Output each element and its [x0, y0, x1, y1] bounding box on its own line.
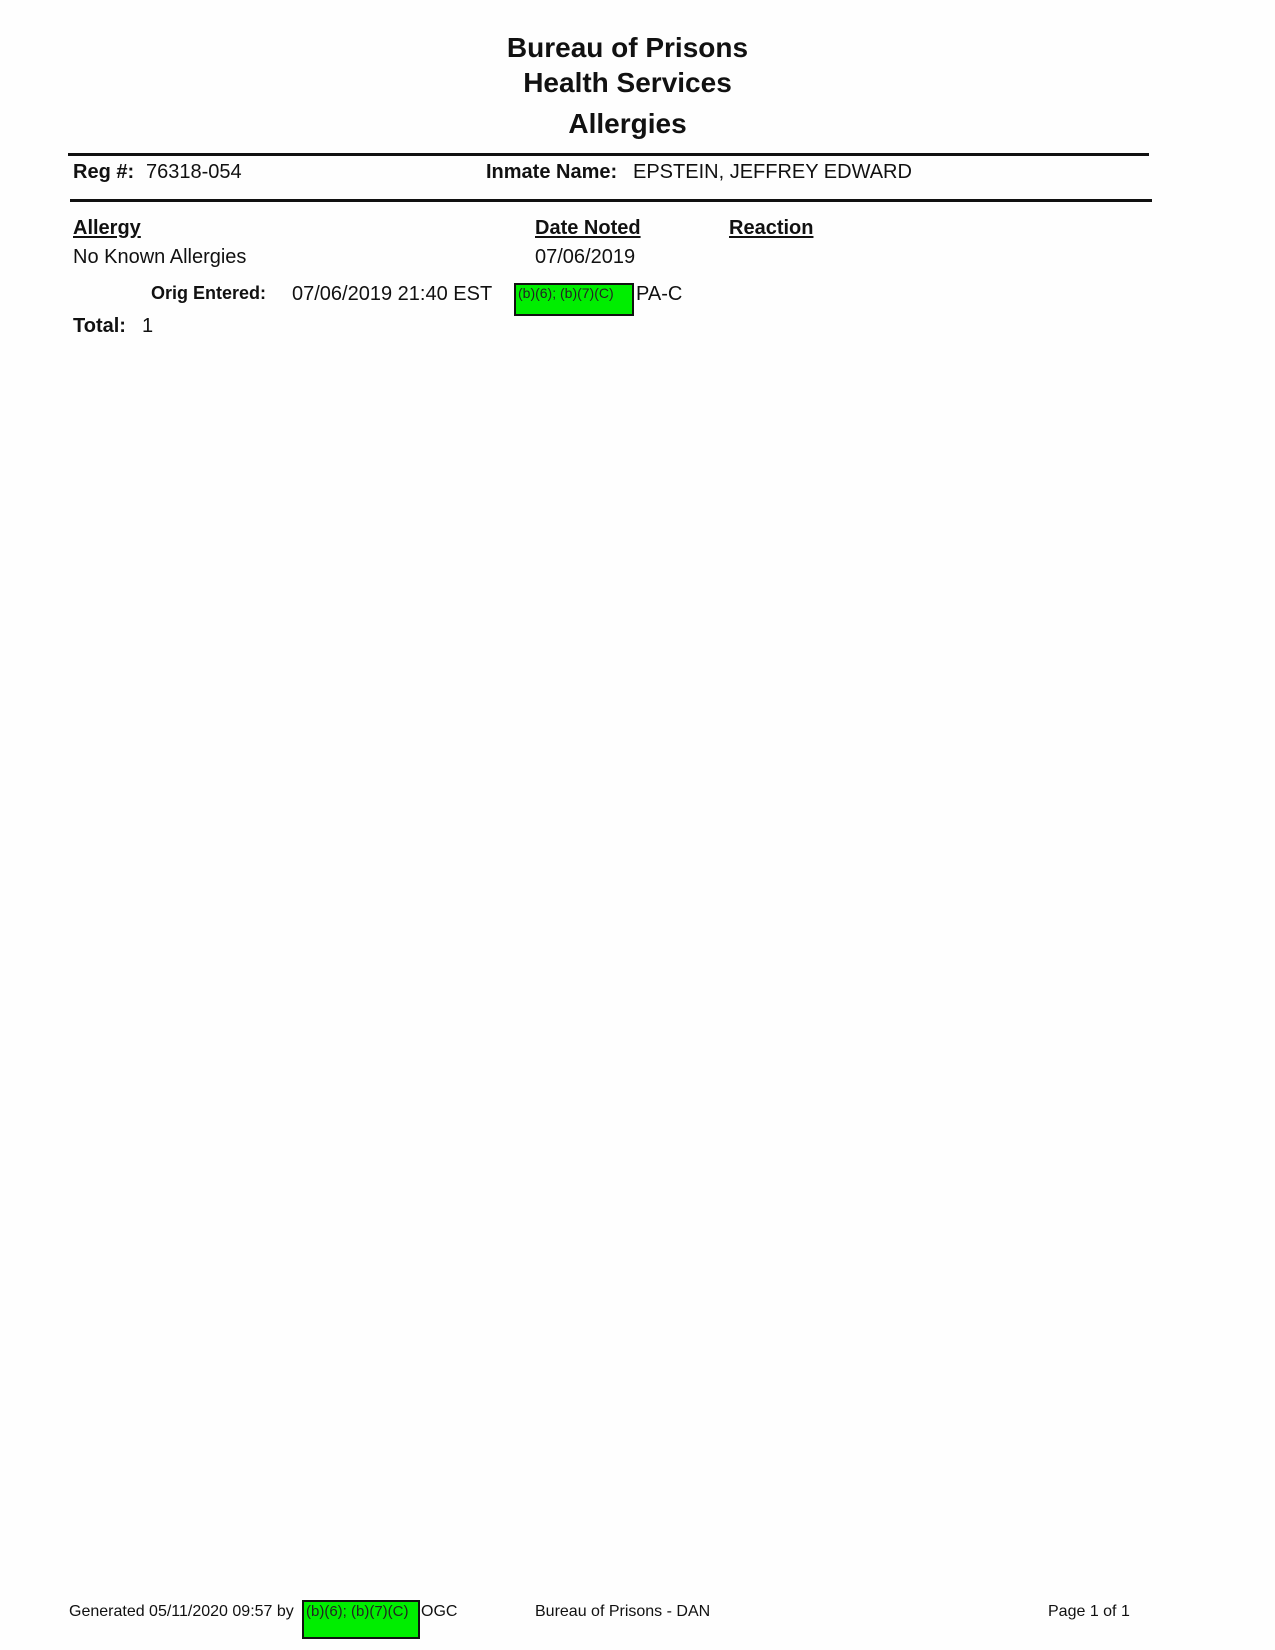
agency-title: Bureau of Prisons [0, 32, 1255, 64]
column-header-date-noted: Date Noted [535, 217, 641, 239]
total-value: 1 [142, 315, 153, 337]
redaction-box-entered-by: (b)(6); (b)(7)(C) [514, 283, 634, 316]
report-title: Allergies [0, 108, 1255, 140]
divider-top [68, 153, 1149, 156]
department-title: Health Services [0, 67, 1255, 99]
date-noted-cell: 07/06/2019 [535, 246, 635, 268]
footer-facility: Bureau of Prisons - DAN [535, 1603, 710, 1621]
inmate-name-label: Inmate Name: [486, 161, 617, 183]
generated-info: Generated 05/11/2020 09:57 by [69, 1603, 294, 1621]
generated-office: OGC [421, 1603, 457, 1621]
page-number: Page 1 of 1 [1048, 1603, 1130, 1621]
inmate-name-value: EPSTEIN, JEFFREY EDWARD [633, 161, 912, 183]
reg-number-label: Reg #: [73, 161, 134, 183]
entered-by-role: PA-C [636, 283, 682, 305]
orig-entered-value: 07/06/2019 21:40 EST [292, 283, 492, 305]
orig-entered-label: Orig Entered: [151, 283, 266, 303]
reg-number-value: 76318-054 [146, 161, 242, 183]
allergy-cell: No Known Allergies [73, 246, 246, 268]
divider-bottom [70, 199, 1152, 202]
column-header-allergy: Allergy [73, 217, 141, 239]
total-label: Total: [73, 315, 126, 337]
redaction-box-generated-by: (b)(6); (b)(7)(C) [302, 1600, 420, 1639]
column-header-reaction: Reaction [729, 217, 813, 239]
